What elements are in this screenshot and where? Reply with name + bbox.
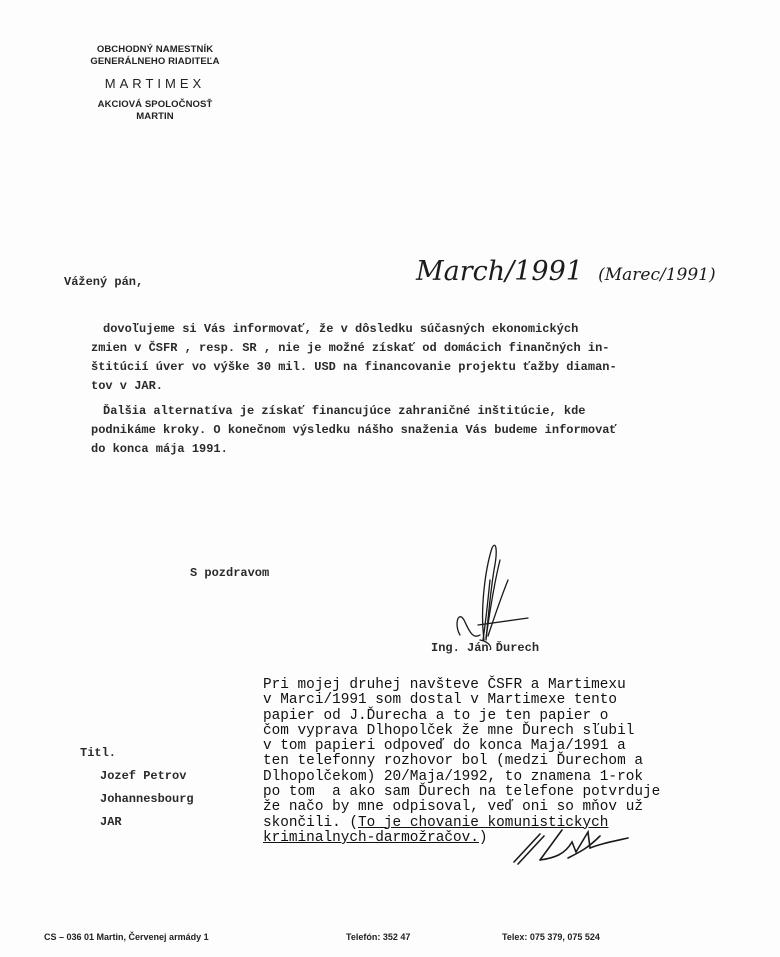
letterhead-position-line1: OBCHODNÝ NAMESTNÍK (66, 44, 244, 56)
handwritten-date-slovak: (Marec/1991) (598, 265, 716, 285)
body-line: tov v JAR. (83, 377, 623, 396)
note-line: skončili. ( (263, 815, 358, 831)
note-line: po tom a ako sam Ďurech na telefone potv… (263, 784, 660, 800)
letterhead-company-type: AKCIOVÁ SPOLOČNOSŤ (66, 99, 244, 111)
recipient-country: JAR (80, 811, 194, 834)
recipient-title: Titl. (80, 742, 194, 765)
body-line: podnikáme kroky. O konečnom výsledku náš… (83, 421, 623, 440)
handwritten-date: March/1991 (Marec/1991) (416, 256, 716, 287)
recipient-name: Jozef Petrov (80, 765, 194, 788)
letter-page: OBCHODNÝ NAMESTNÍK GENERÁLNEHO RIADITEĽA… (0, 0, 780, 957)
recipient-block: Titl. Jozef Petrov Johannesbourg JAR (80, 742, 194, 834)
letterhead-company-name: MARTIMEX (66, 76, 244, 91)
body-line: Ďalšia alternatíva je získať financujúce… (83, 402, 623, 421)
note-line: v tom papieri odpoveď do konca Maja/1991… (263, 738, 626, 754)
note-line: ) (479, 830, 488, 846)
note-line: v Marci/1991 som dostal v Martimexe tent… (263, 692, 617, 708)
letterhead-position-line2: GENERÁLNEHO RIADITEĽA (66, 56, 244, 68)
body-paragraph-1: dovoľujeme si Vás informovať, že v dôsle… (83, 320, 623, 396)
note-line: čom vyprava Dlhopolček že mne Ďurech sľu… (263, 723, 634, 739)
salutation: Vážený pán, (64, 275, 143, 289)
body-line: do konca mája 1991. (83, 440, 623, 459)
body-paragraph-2: Ďalšia alternatíva je získať financujúce… (83, 402, 623, 459)
note-line: Pri mojej druhej navšteve ČSFR a Martime… (263, 677, 626, 693)
handwritten-date-main: March/1991 (416, 256, 583, 287)
letterhead: OBCHODNÝ NAMESTNÍK GENERÁLNEHO RIADITEĽA… (66, 44, 244, 123)
body-line: dovoľujeme si Vás informovať, že v dôsle… (83, 320, 623, 339)
body-line: štitúcií úver vo výške 30 mil. USD na fi… (83, 358, 623, 377)
letter-body: dovoľujeme si Vás informovať, že v dôsle… (83, 320, 623, 459)
note-underlined-text: kriminalnych-darmožračov. (263, 830, 479, 846)
note-line: že načo by mne odpisoval, veď oni so mňo… (263, 799, 643, 815)
footer-telephone: Telefón: 352 47 (346, 932, 410, 942)
note-line: ten telefonny rozhovor bol (medzi Ďurech… (263, 753, 643, 769)
annotation-signature-icon (510, 822, 630, 867)
footer-telex: Telex: 075 379, 075 524 (502, 932, 600, 942)
signer-name: Ing. Ján Ďurech (431, 641, 539, 655)
recipient-city: Johannesbourg (80, 788, 194, 811)
signature-icon (440, 540, 530, 650)
footer-address: CS – 036 01 Martin, Červenej armády 1 (44, 932, 209, 942)
closing: S pozdravom (190, 566, 269, 580)
note-line: Dlhopolčekom) 20/Maja/1992, to znamena 1… (263, 769, 643, 785)
note-line: papier od J.Ďurecha a to je ten papier o (263, 708, 608, 724)
body-line: zmien v ČSFR , resp. SR , nie je možné z… (83, 339, 623, 358)
letterhead-city: MARTIN (66, 111, 244, 123)
